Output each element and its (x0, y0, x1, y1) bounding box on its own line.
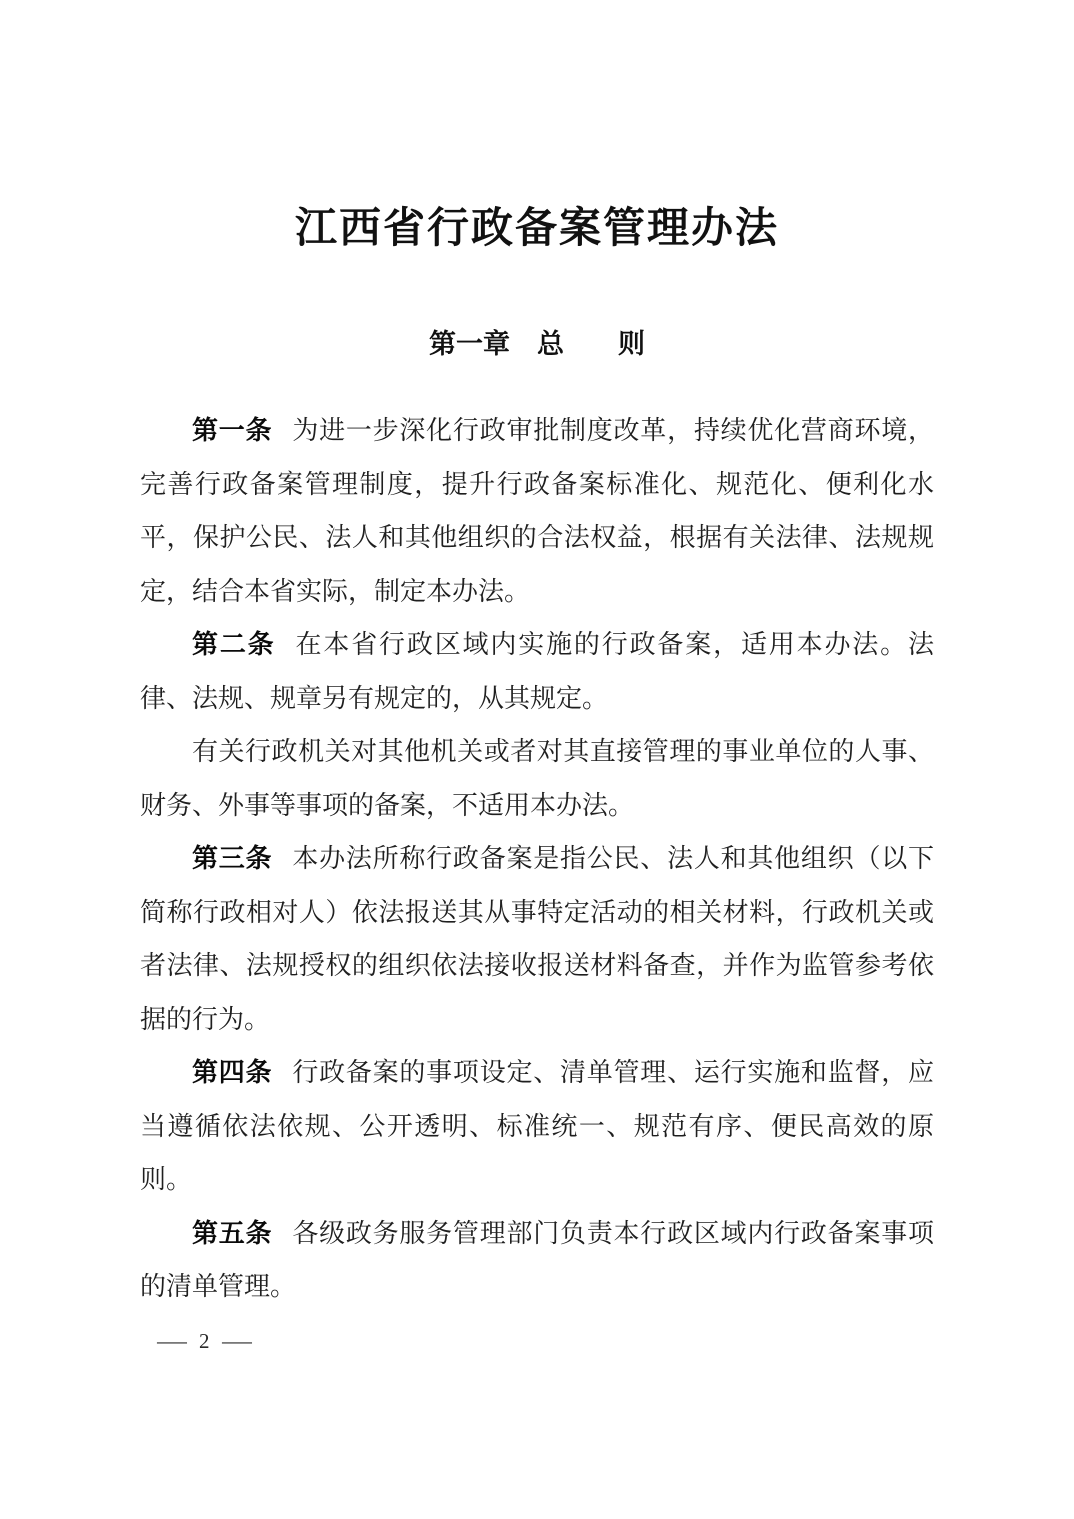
footer-dash-right: — (222, 1328, 252, 1354)
article-paragraph: 第四条行政备案的事项设定、清单管理、运行实施和监督，应当遵循依法依规、公开透明、… (140, 1046, 934, 1207)
document-page: 江西省行政备案管理办法 第一章总 则 第一条为进一步深化行政审批制度改革，持续优… (0, 0, 1074, 1519)
document-title: 江西省行政备案管理办法 (0, 204, 1074, 254)
article-paragraph: 第一条为进一步深化行政审批制度改革，持续优化营商环境，完善行政备案管理制度，提升… (140, 404, 934, 618)
article-paragraph: 第三条本办法所称行政备案是指公民、法人和其他组织（以下简称行政相对人）依法报送其… (140, 832, 934, 1046)
page-footer: —2— (161, 1328, 248, 1354)
article-number: 第一条 (192, 415, 272, 445)
chapter-heading: 第一章总 则 (0, 327, 1074, 361)
footer-dash-left: — (157, 1328, 187, 1354)
article-paragraph: 第二条在本省行政区域内实施的行政备案，适用本办法。法律、法规、规章另有规定的，从… (140, 618, 934, 725)
document-body: 第一条为进一步深化行政审批制度改革，持续优化营商环境，完善行政备案管理制度，提升… (140, 404, 934, 1314)
article-paragraph: 有关行政机关对其他机关或者对其直接管理的事业单位的人事、财务、外事等事项的备案，… (140, 725, 934, 832)
chapter-number: 第一章 (429, 329, 510, 359)
article-number: 第五条 (192, 1218, 272, 1248)
article-number: 第三条 (192, 843, 272, 873)
page-number: 2 (199, 1328, 210, 1354)
article-number: 第四条 (192, 1057, 272, 1087)
article-text: 有关行政机关对其他机关或者对其直接管理的事业单位的人事、财务、外事等事项的备案，… (140, 737, 934, 820)
article-number: 第二条 (192, 629, 276, 659)
chapter-title: 总 则 (537, 329, 645, 359)
article-paragraph: 第五条各级政务服务管理部门负责本行政区域内行政备案事项的清单管理。 (140, 1207, 934, 1314)
